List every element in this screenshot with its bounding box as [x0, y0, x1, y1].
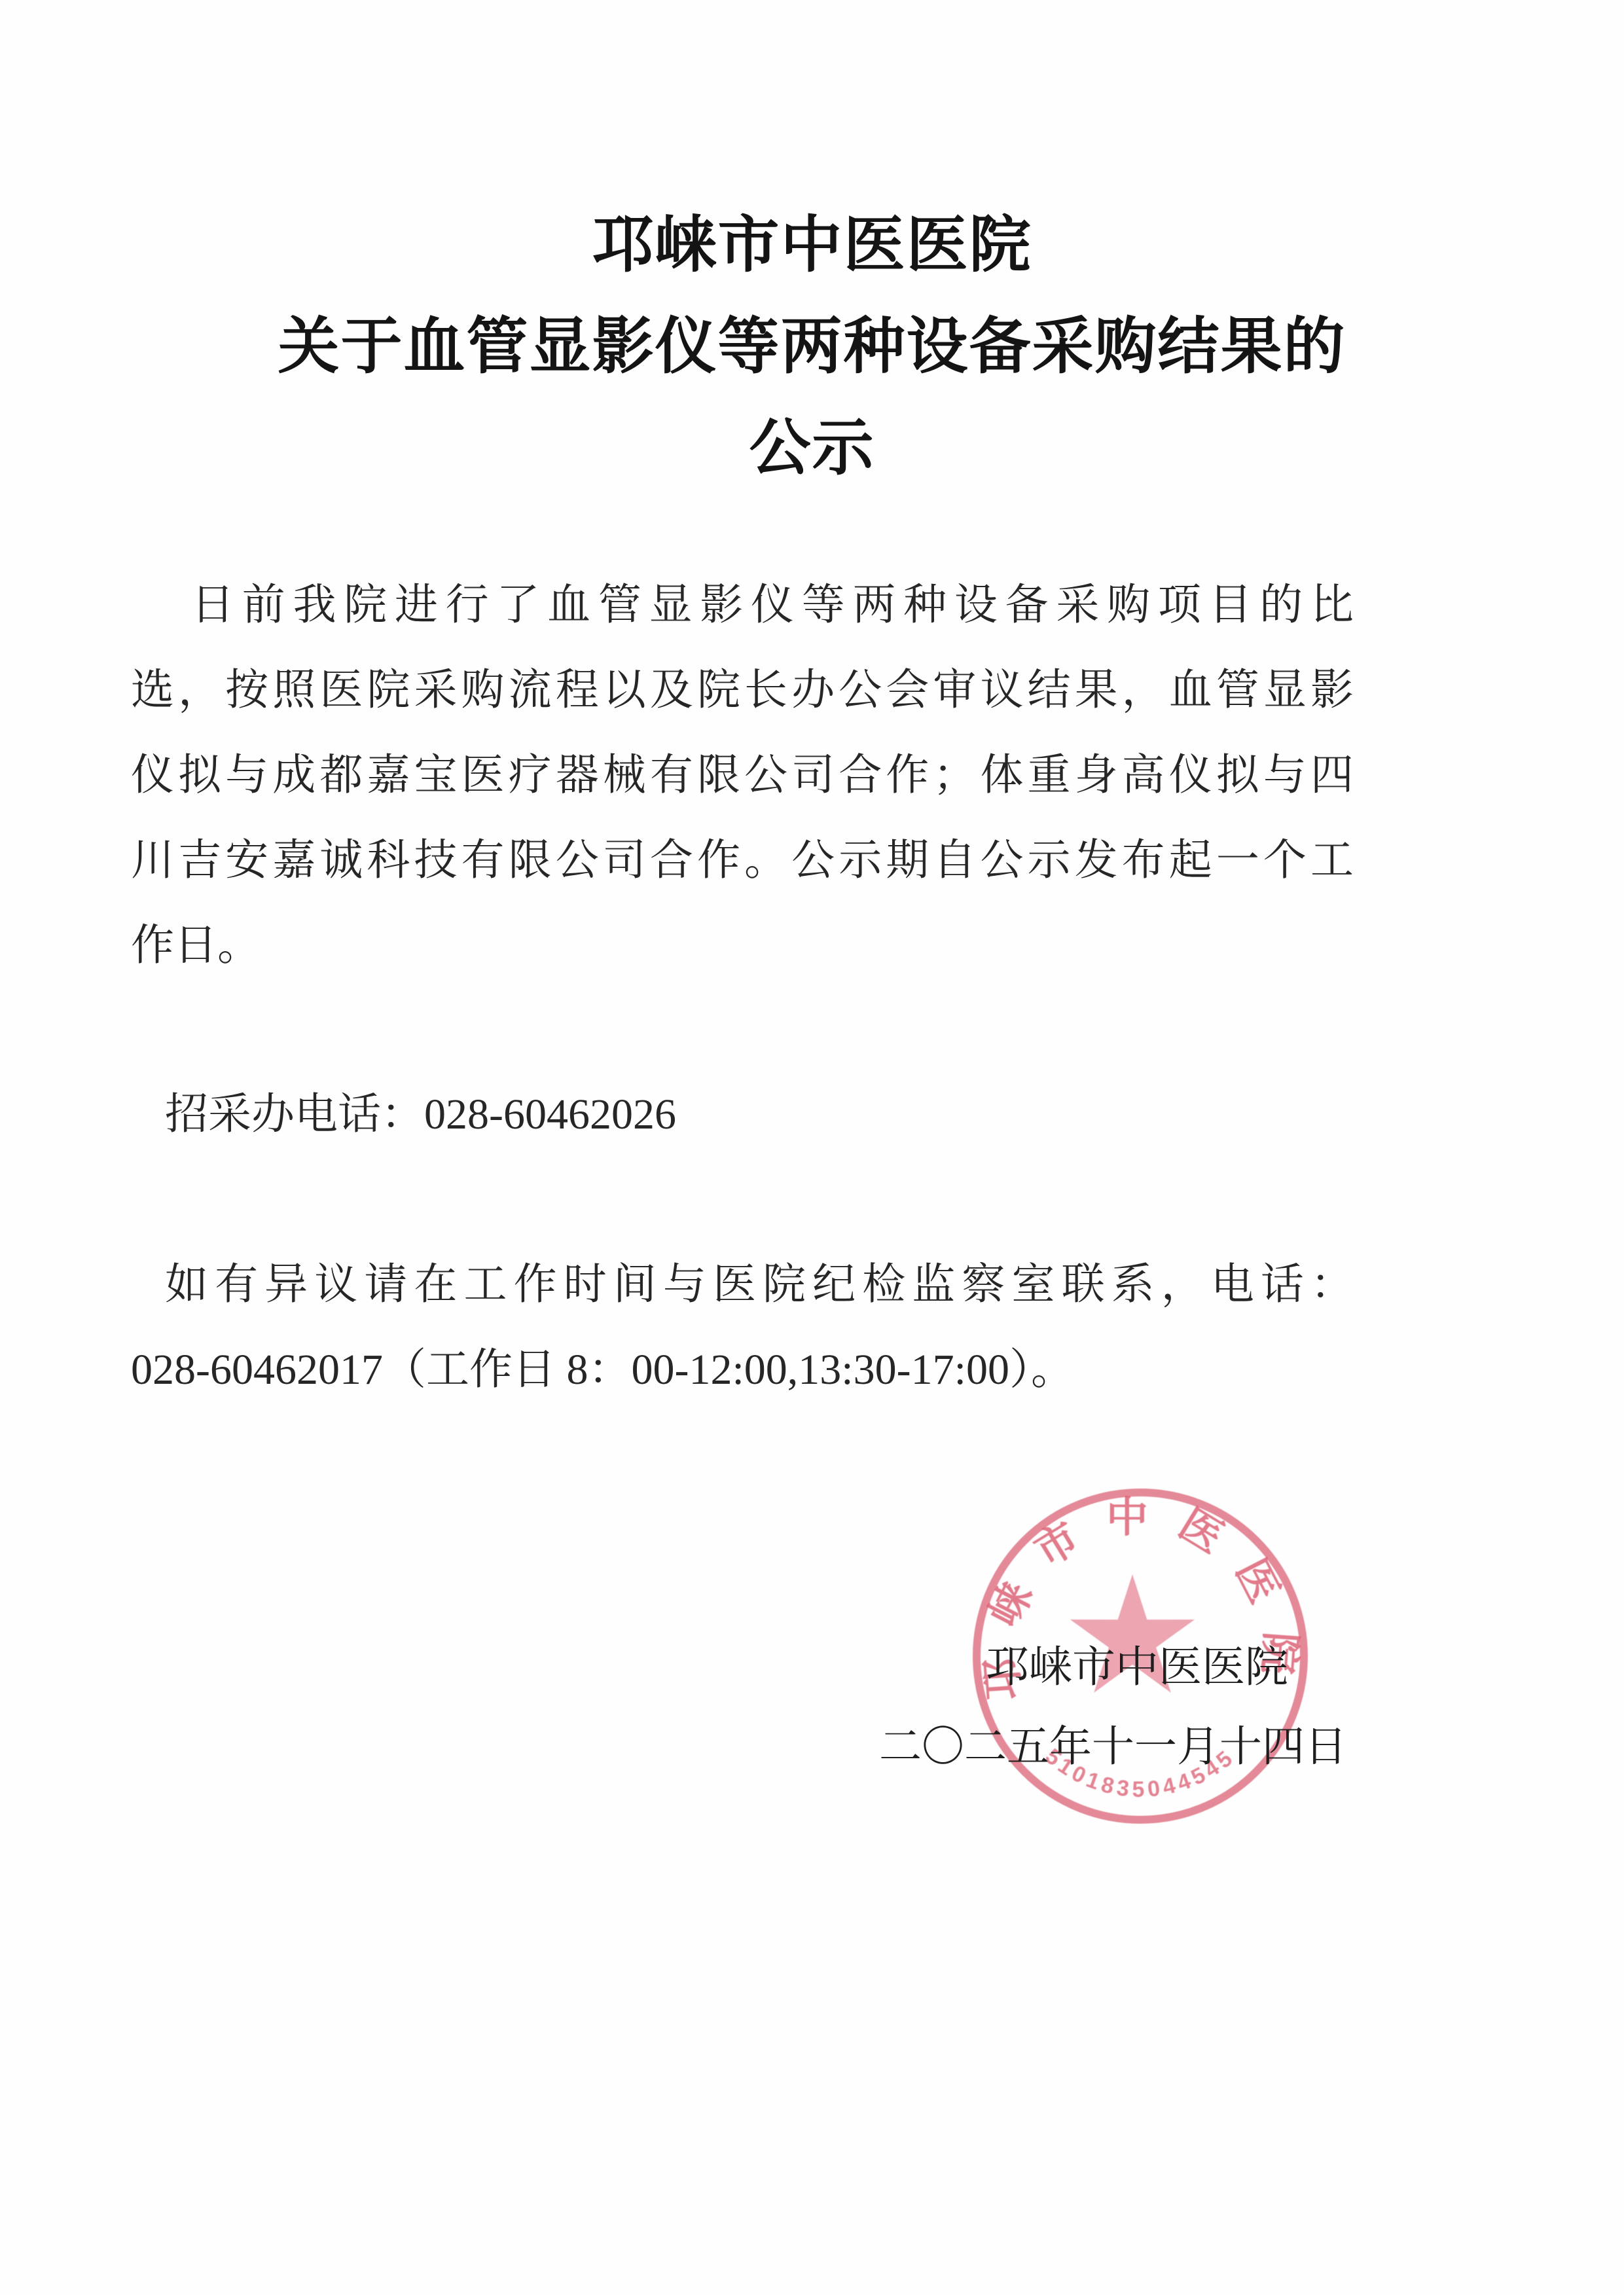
title-line-org: 邛崃市中医医院: [0, 194, 1624, 295]
paragraph-line: 日前我院进行了血管显影仪等两种设备采购项目的比: [131, 563, 1354, 648]
paragraph-line: 028-60462017（工作日 8：00-12:00,13:30-17:00）…: [131, 1328, 1354, 1413]
paragraph-line: 选，按照医院采购流程以及院长办公会审议结果，血管显影: [131, 648, 1354, 733]
title-line-notice: 公示: [0, 397, 1624, 498]
paragraph-line: 仪拟与成都嘉宝医疗器械有限公司合作；体重身高仪拟与四: [131, 733, 1354, 818]
document-title: 邛崃市中医医院 关于血管显影仪等两种设备采购结果的 公示: [0, 194, 1624, 498]
title-line-subject: 关于血管显影仪等两种设备采购结果的: [0, 295, 1624, 397]
paragraph-line: 川吉安嘉诚科技有限公司合作。公示期自公示发布起一个工: [131, 818, 1354, 903]
signature-organization: 邛崃市中医医院: [986, 1646, 1288, 1690]
objection-contact-paragraph: 如有异议请在工作时间与医院纪检监察室联系，电话： 028-60462017（工作…: [131, 1242, 1354, 1413]
procurement-phone-paragraph: 招采办电话：028-60462026: [131, 1072, 1354, 1157]
paragraph-line: 如有异议请在工作时间与医院纪检监察室联系，电话：: [131, 1242, 1354, 1328]
paragraph-line: 作日。: [131, 903, 1354, 988]
document-page: 邛崃市中医医院 关于血管显影仪等两种设备采购结果的 公示 日前我院进行了血管显影…: [0, 0, 1624, 2295]
signature-date: 二〇二五年十一月十四日: [879, 1726, 1347, 1769]
body-paragraph-main: 日前我院进行了血管显影仪等两种设备采购项目的比 选，按照医院采购流程以及院长办公…: [131, 563, 1354, 988]
procurement-phone-line: 招采办电话：028-60462026: [131, 1072, 1354, 1157]
